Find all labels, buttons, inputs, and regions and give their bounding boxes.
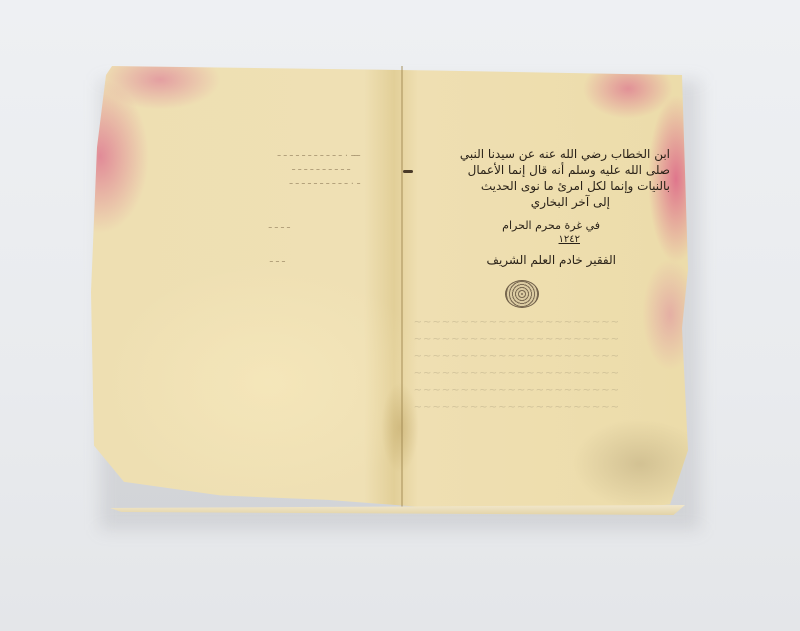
faint-line: ـ . ـ ـ ـ ـ ـ ـ ـ ـ ـ ـ bbox=[290, 174, 360, 190]
bleed-line: ~~~~~~~~~~~~~~~~~~~~~~ bbox=[414, 349, 620, 365]
year-line: ١٢٤٢ bbox=[559, 232, 580, 248]
seal-stamp-icon bbox=[505, 280, 539, 308]
center-fold bbox=[401, 66, 403, 512]
faint-line: ـ ـ ـ bbox=[270, 252, 285, 268]
bleed-line: ~~~~~~~~~~~~~~~~~~~~~~ bbox=[414, 315, 620, 331]
date-line: في غرة محرم الحرام bbox=[502, 218, 600, 234]
text-line: إلى آخر البخاري bbox=[531, 194, 610, 210]
bleed-line: ~~~~~~~~~~~~~~~~~~~~~~ bbox=[414, 366, 620, 382]
faint-line: ـ ـ ـ ـ bbox=[269, 218, 290, 234]
bleed-line: ~~~~~~~~~~~~~~~~~~~~~~ bbox=[414, 383, 620, 399]
right-page: ابن الخطاب رضي الله عنه عن سيدنا النبي ص… bbox=[410, 140, 680, 490]
bleed-line: ~~~~~~~~~~~~~~~~~~~~~~ bbox=[414, 400, 620, 416]
text-line: صلى الله عليه وسلم أنه قال إنما الأعمال bbox=[468, 162, 670, 178]
text-line: بالنيات وإنما لكل امرئ ما نوى الحديث bbox=[481, 178, 670, 194]
left-page: ـــ . ـ ـ ـ ـ ـ ـ ـ ـ ـ ـ ـ ـ ـ ـ ـ ـ ـ … bbox=[120, 140, 390, 490]
bleed-line: ~~~~~~~~~~~~~~~~~~~~~~ bbox=[414, 332, 620, 348]
text-line: ابن الخطاب رضي الله عنه عن سيدنا النبي bbox=[460, 146, 670, 162]
signature-line: الفقير خادم العلم الشريف bbox=[487, 252, 616, 268]
